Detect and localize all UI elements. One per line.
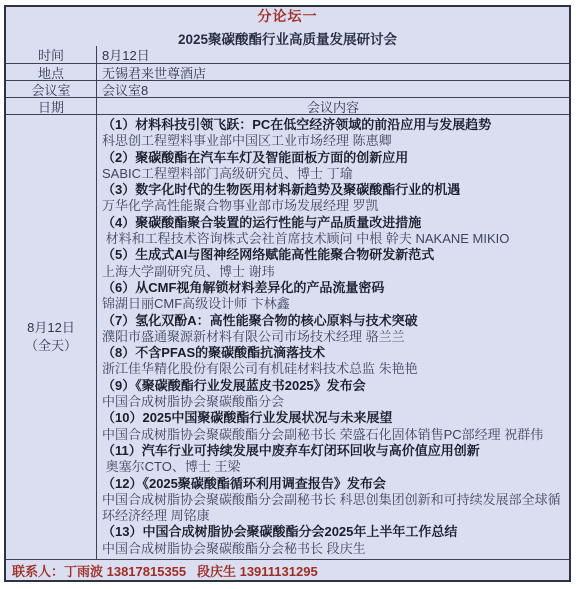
info-value: 无锡君来世尊酒店	[97, 64, 569, 80]
talk-title: （10）2025中国聚碳酸酯行业发展状况与未来展望	[102, 410, 565, 426]
schedule-row: 8月12日 （全天） （1）材料科技引领飞跃：PC在低空经济领域的前沿应用与发展…	[6, 114, 569, 559]
speaker-line: 万华化学高性能聚合物事业部市场发展经理 罗凯	[102, 198, 565, 214]
forum-title: 分论坛一	[258, 6, 318, 26]
speaker-line: 奥塞尔CTO、博士 王梁	[102, 459, 565, 475]
talk-speakers: 科思创工程塑料事业部中国区工业市场经理 陈惠卿	[102, 133, 565, 149]
conference-schedule-table: 分论坛一 2025聚碳酸酯行业高质量发展研讨会 时间 8月12日 地点 无锡君来…	[4, 5, 571, 582]
talk-speakers: SABIC工程塑料部门高级研究员、博士 丁瑜	[102, 166, 565, 182]
speaker-line: SABIC工程塑料部门高级研究员、博士 丁瑜	[102, 166, 565, 182]
info-row: 会议室 会议室8	[6, 80, 569, 97]
schedule-date-qualifier: （全天）	[25, 337, 77, 355]
talk-speakers: 中国合成树脂协会聚碳酸酯分会副秘书长 科思创集团创新和可持续发展部全球循环经济经…	[102, 492, 565, 525]
speaker-line: 中国合成树脂协会聚碳酸酯分会	[102, 394, 565, 410]
speaker-line: 中国合成树脂协会聚碳酸酯分会副秘书长 科思创集团创新和可持续发展部全球循环经济经…	[102, 492, 565, 525]
speaker-line: 浙江佳华精化股份有限公司有机硅材料技术总监 朱艳艳	[102, 361, 565, 377]
info-row: 时间 8月12日	[6, 46, 569, 63]
info-row: 地点 无锡君来世尊酒店	[6, 63, 569, 80]
speaker-line: 上海大学副研究员、博士 谢玮	[102, 264, 565, 280]
talk-title: （4）聚碳酸酯聚合装置的运行性能与产品质量改进措施	[102, 215, 565, 231]
talk-speakers: 中国合成树脂协会聚碳酸酯分会秘书长 段庆生	[102, 541, 565, 557]
info-label: 地点	[6, 64, 97, 80]
talk-title: （5）生成式AI与图神经网络赋能高性能聚合物研发新范式	[102, 247, 565, 263]
talk-title: （12）《2025聚碳酸酯循环利用调查报告》发布会	[102, 476, 565, 492]
talk-title: （13）中国合成树脂协会聚碳酸酯分会2025年上半年工作总结	[102, 524, 565, 540]
schedule-item: （5）生成式AI与图神经网络赋能高性能聚合物研发新范式 上海大学副研究员、博士 …	[102, 247, 565, 280]
talk-title: （1）材料科技引领飞跃：PC在低空经济领域的前沿应用与发展趋势	[102, 117, 565, 133]
schedule-item: （2）聚碳酸酯在汽车车灯及智能面板方面的创新应用 SABIC工程塑料部门高级研究…	[102, 150, 565, 183]
speaker-line: 中国合成树脂协会聚碳酸酯分会秘书长 段庆生	[102, 541, 565, 557]
schedule-item: （6）从CMF视角解锁材料差异化的产品流量密码 锦湖日丽CMF高级设计师 卞林鑫	[102, 280, 565, 313]
contact-line: 联系人：丁雨波 13817815355 段庆生 13911131295	[6, 560, 569, 580]
date-column-label: 日期	[6, 98, 97, 114]
talk-speakers: 上海大学副研究员、博士 谢玮	[102, 264, 565, 280]
talk-speakers: 奥塞尔CTO、博士 王梁	[102, 459, 565, 475]
talk-speakers: 锦湖日丽CMF高级设计师 卞林鑫	[102, 296, 565, 312]
talk-title: （7）氢化双酚A：高性能聚合物的核心原料与技术突破	[102, 313, 565, 329]
talk-speakers: 万华化学高性能聚合物事业部市场发展经理 罗凯	[102, 198, 565, 214]
schedule-item: （1）材料科技引领飞跃：PC在低空经济领域的前沿应用与发展趋势 科思创工程塑料事…	[102, 117, 565, 150]
info-label: 时间	[6, 46, 97, 63]
speaker-line: 科思创工程塑料事业部中国区工业市场经理 陈惠卿	[102, 133, 565, 149]
footer-row: 联系人：丁雨波 13817815355 段庆生 13911131295	[6, 559, 569, 580]
talk-speakers: 中国合成树脂协会聚碳酸酯分会	[102, 394, 565, 410]
event-title: 2025聚碳酸酯行业高质量发展研讨会	[178, 28, 397, 48]
schedule-date-cell: 8月12日 （全天）	[6, 115, 97, 559]
talk-title: （9）《聚碳酸酯行业发展蓝皮书2025》发布会	[102, 378, 565, 394]
info-label: 会议室	[6, 81, 97, 97]
info-value: 会议室8	[97, 81, 569, 97]
talk-title: （3）数字化时代的生物医用材料新趋势及聚碳酸酯行业的机遇	[102, 182, 565, 198]
speaker-line: 濮阳市盛通聚源新材料有限公司市场技术经理 骆兰兰	[102, 329, 565, 345]
speaker-line: 锦湖日丽CMF高级设计师 卞林鑫	[102, 296, 565, 312]
talk-speakers: 中国合成树脂协会聚碳酸酯分会副秘书长 荣盛石化固体销售PC部经理 祝群伟	[102, 427, 565, 443]
speaker-line: 中国合成树脂协会聚碳酸酯分会副秘书长 荣盛石化固体销售PC部经理 祝群伟	[102, 427, 565, 443]
schedule-date: 8月12日	[27, 319, 75, 337]
talk-title: （11）汽车行业可持续发展中废弃车灯闭环回收与高价值应用创新	[102, 443, 565, 459]
schedule-item: （12）《2025聚碳酸酯循环利用调查报告》发布会 中国合成树脂协会聚碳酸酯分会…	[102, 476, 565, 525]
schedule-item: （7）氢化双酚A：高性能聚合物的核心原料与技术突破 濮阳市盛通聚源新材料有限公司…	[102, 313, 565, 346]
schedule-content-cell: （1）材料科技引领飞跃：PC在低空经济领域的前沿应用与发展趋势 科思创工程塑料事…	[97, 115, 569, 559]
talk-title: （2）聚碳酸酯在汽车车灯及智能面板方面的创新应用	[102, 150, 565, 166]
schedule-item: （3）数字化时代的生物医用材料新趋势及聚碳酸酯行业的机遇 万华化学高性能聚合物事…	[102, 182, 565, 215]
header-row: 分论坛一 2025聚碳酸酯行业高质量发展研讨会	[6, 7, 569, 46]
talk-title: （8）不含PFAS的聚碳酸酯抗滴落技术	[102, 345, 565, 361]
schedule-item: （9）《聚碳酸酯行业发展蓝皮书2025》发布会 中国合成树脂协会聚碳酸酯分会	[102, 378, 565, 411]
schedule-item: （13）中国合成树脂协会聚碳酸酯分会2025年上半年工作总结 中国合成树脂协会聚…	[102, 524, 565, 557]
talk-title: （6）从CMF视角解锁材料差异化的产品流量密码	[102, 280, 565, 296]
info-value: 8月12日	[97, 46, 569, 63]
schedule-item: （8）不含PFAS的聚碳酸酯抗滴落技术 浙江佳华精化股份有限公司有机硅材料技术总…	[102, 345, 565, 378]
content-column-label: 会议内容	[97, 98, 569, 114]
talk-speakers: 浙江佳华精化股份有限公司有机硅材料技术总监 朱艳艳	[102, 361, 565, 377]
info-rows: 时间 8月12日 地点 无锡君来世尊酒店 会议室 会议室8	[6, 46, 569, 97]
header-cell: 分论坛一 2025聚碳酸酯行业高质量发展研讨会	[6, 7, 569, 46]
talk-speakers: 濮阳市盛通聚源新材料有限公司市场技术经理 骆兰兰	[102, 329, 565, 345]
schedule-item: （11）汽车行业可持续发展中废弃车灯闭环回收与高价值应用创新 奥塞尔CTO、博士…	[102, 443, 565, 476]
columns-header-row: 日期 会议内容	[6, 97, 569, 114]
speaker-line: 材料和工程技术咨询株式会社首席技术顾问 中根 幹夫 NAKANE MIKIO	[102, 231, 565, 247]
schedule-item: （10）2025中国聚碳酸酯行业发展状况与未来展望 中国合成树脂协会聚碳酸酯分会…	[102, 410, 565, 443]
talk-speakers: 材料和工程技术咨询株式会社首席技术顾问 中根 幹夫 NAKANE MIKIO	[102, 231, 565, 247]
schedule-item: （4）聚碳酸酯聚合装置的运行性能与产品质量改进措施 材料和工程技术咨询株式会社首…	[102, 215, 565, 248]
